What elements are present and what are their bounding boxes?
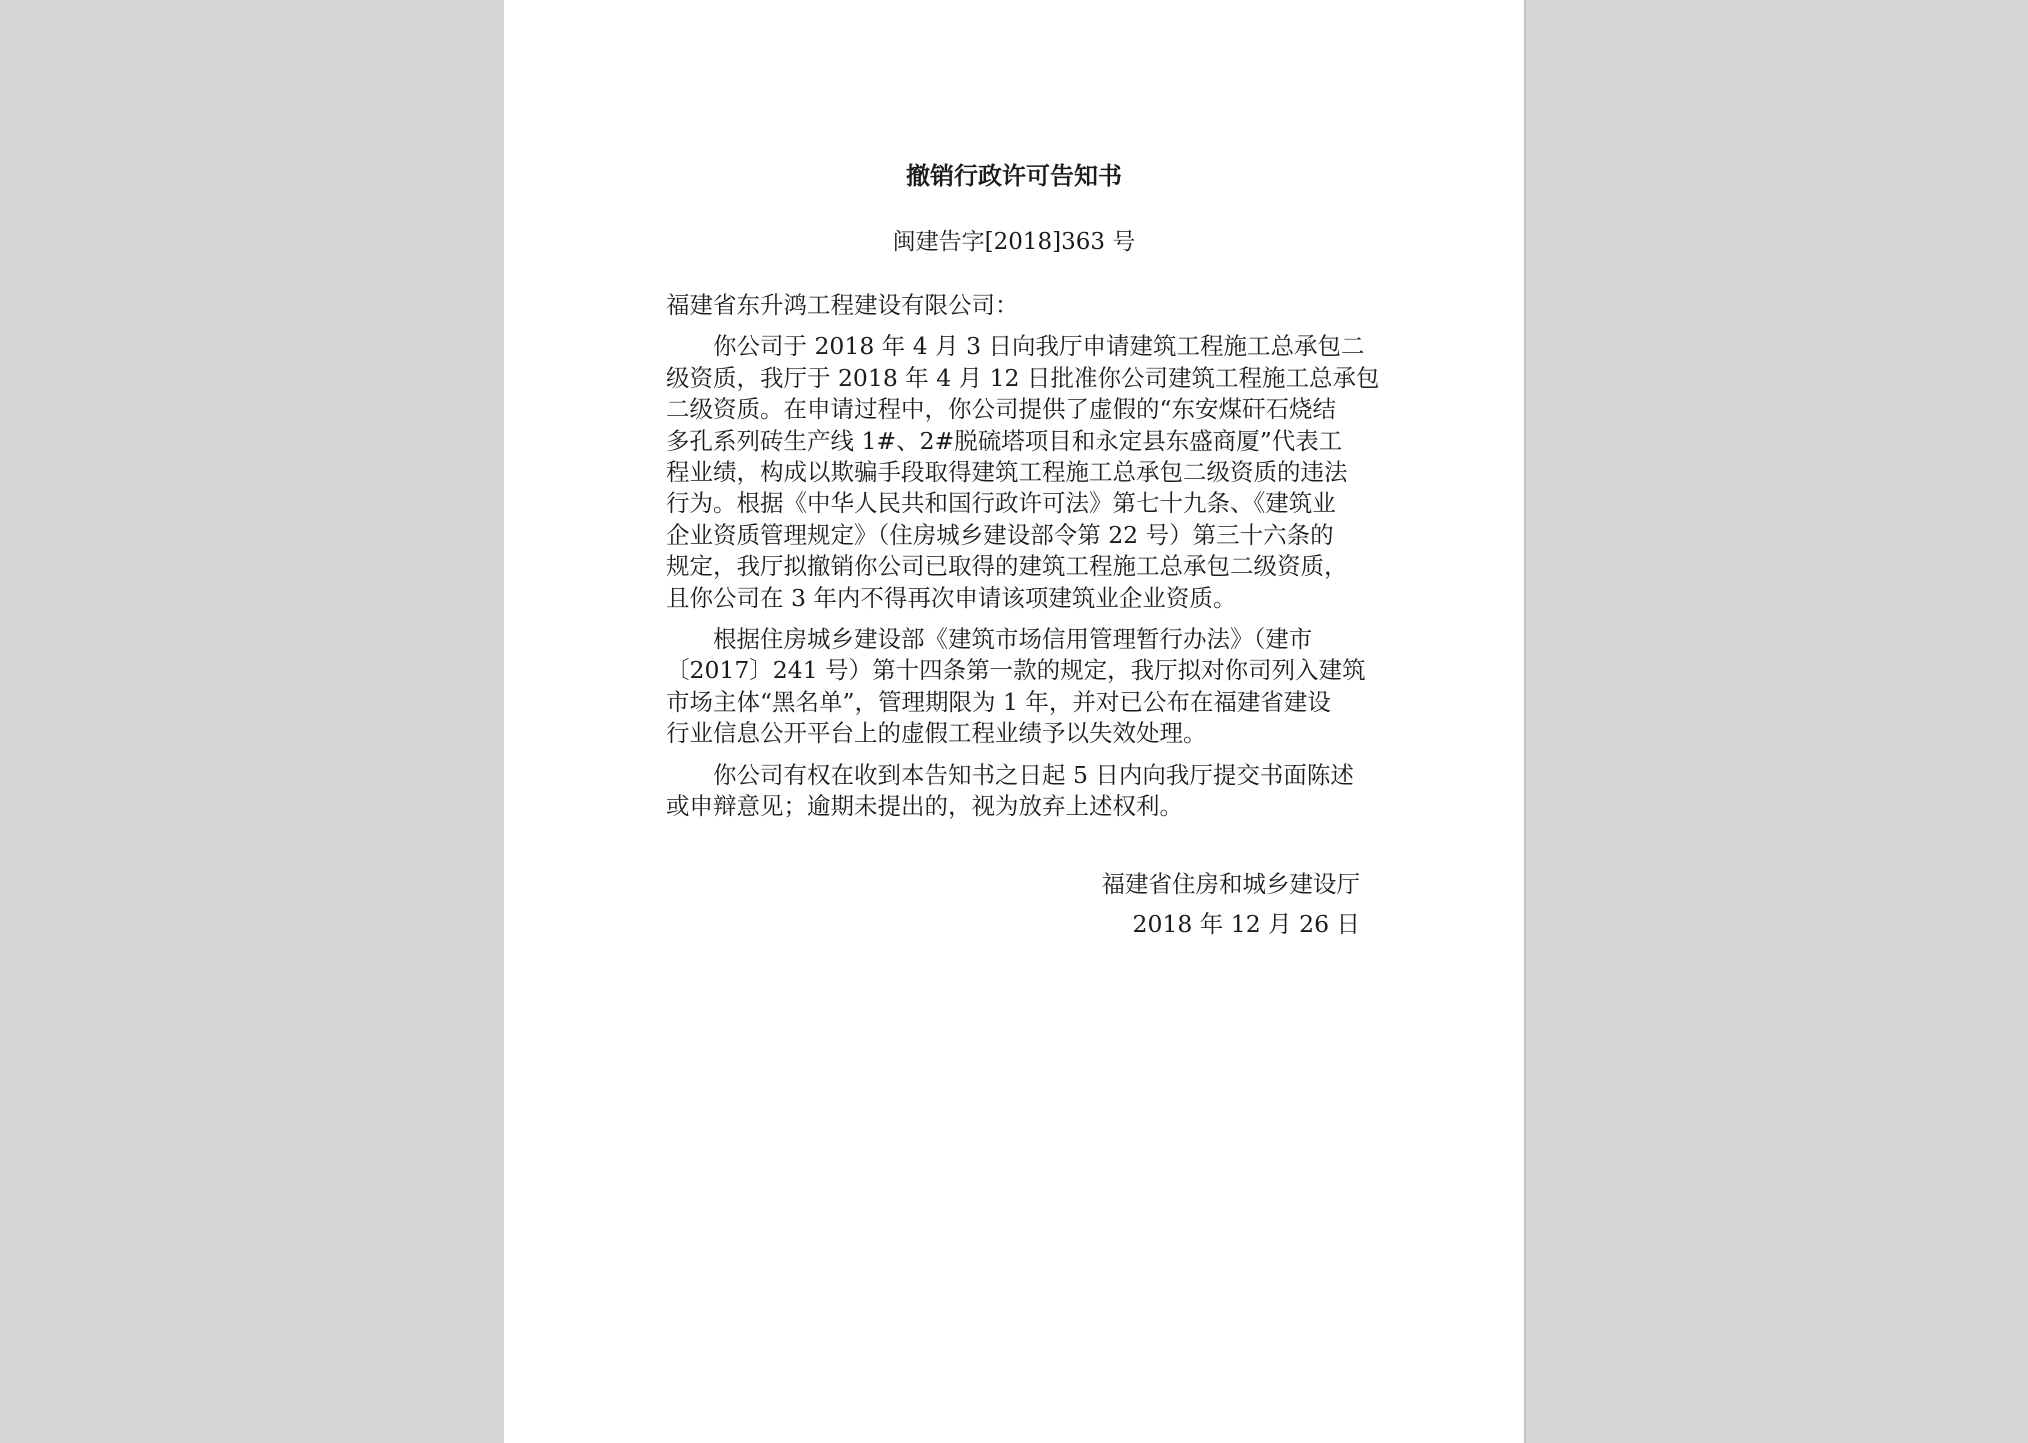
page-edge-divider — [1524, 0, 1526, 1443]
text-line: 或申辩意见；逾期未提出的，视为放弃上述权利。 — [666, 791, 1364, 822]
text-line: 二级资质。在申请过程中，你公司提供了虚假的“东安煤矸石烧结 — [666, 394, 1364, 425]
text-line: 你公司有权在收到本告知书之日起 5 日内向我厅提交书面陈述 — [666, 760, 1364, 791]
text-line: 级资质，我厅于 2018 年 4 月 12 日批准你公司建筑工程施工总承包 — [666, 363, 1364, 394]
text-line: 根据住房城乡建设部《建筑市场信用管理暂行办法》（建市 — [666, 624, 1364, 655]
document-title: 撤销行政许可告知书 — [504, 156, 1524, 191]
paragraph-revocation: 你公司于 2018 年 4 月 3 日向我厅申请建筑工程施工总承包二 级资质，我… — [666, 331, 1364, 614]
signature-block: 福建省住房和城乡建设厅 2018 年 12 月 26 日 — [1102, 864, 1361, 944]
text-line: 规定，我厅拟撤销你公司已取得的建筑工程施工总承包二级资质， — [666, 551, 1364, 582]
text-line: 你公司于 2018 年 4 月 3 日向我厅申请建筑工程施工总承包二 — [666, 331, 1364, 362]
document-body: 福建省东升鸿工程建设有限公司： 你公司于 2018 年 4 月 3 日向我厅申请… — [666, 290, 1364, 833]
paragraph-rights: 你公司有权在收到本告知书之日起 5 日内向我厅提交书面陈述 或申辩意见；逾期未提… — [666, 760, 1364, 823]
text-line: 多孔系列砖生产线 1#、2#脱硫塔项目和永定县东盛商厦”代表工 — [666, 426, 1364, 457]
document-page: 撤销行政许可告知书 闽建告字[2018]363 号 福建省东升鸿工程建设有限公司… — [504, 0, 1524, 1443]
issuer-name: 福建省住房和城乡建设厅 — [1102, 864, 1361, 904]
addressee: 福建省东升鸿工程建设有限公司： — [666, 290, 1364, 321]
text-line: 程业绩，构成以欺骗手段取得建筑工程施工总承包二级资质的违法 — [666, 457, 1364, 488]
text-line: 行为。根据《中华人民共和国行政许可法》第七十九条、《建筑业 — [666, 488, 1364, 519]
text-line: 企业资质管理规定》（住房城乡建设部令第 22 号）第三十六条的 — [666, 520, 1364, 551]
issue-date: 2018 年 12 月 26 日 — [1102, 904, 1361, 944]
text-line: 市场主体“黑名单”，管理期限为 1 年，并对已公布在福建省建设 — [666, 687, 1364, 718]
document-number: 闽建告字[2018]363 号 — [504, 223, 1524, 256]
paragraph-blacklist: 根据住房城乡建设部《建筑市场信用管理暂行办法》（建市 〔2017〕241 号）第… — [666, 624, 1364, 750]
text-line: 〔2017〕241 号）第十四条第一款的规定，我厅拟对你司列入建筑 — [666, 655, 1364, 686]
text-line: 行业信息公开平台上的虚假工程业绩予以失效处理。 — [666, 718, 1364, 749]
text-line: 且你公司在 3 年内不得再次申请该项建筑业企业资质。 — [666, 583, 1364, 614]
